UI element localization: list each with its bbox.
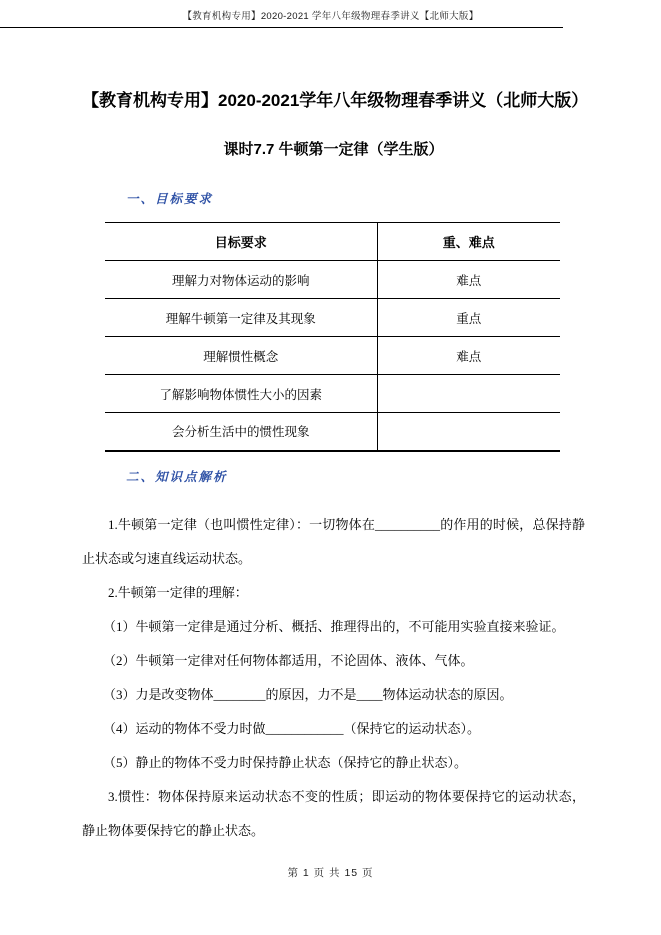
page-header: 【教育机构专用】2020-2021 学年八年级物理春季讲义【北师大版】 [0,0,661,22]
paragraph-point-3: （3）力是改变物体________的原因，力不是____物体运动状态的原因。 [82,678,585,712]
paragraph-understanding: 2.牛顿第一定律的理解： [82,576,585,610]
table-row: 会分析生活中的惯性现象 [105,413,560,451]
paragraph-point-1: （1）牛顿第一定律是通过分析、概括、推理得出的，不可能用实验直接来验证。 [82,610,585,644]
table-row: 理解力对物体运动的影响 难点 [105,261,560,299]
table-header-keypoint: 重、难点 [377,223,560,261]
paragraph-point-5: （5）静止的物体不受力时保持静止状态（保持它的静止状态）。 [82,746,585,780]
table-row: 理解惯性概念 难点 [105,337,560,375]
goals-table: 目标要求 重、难点 理解力对物体运动的影响 难点 理解牛顿第一定律及其现象 重点… [105,222,560,452]
table-cell-keypoint: 难点 [377,337,560,375]
document-title: 【教育机构专用】2020-2021学年八年级物理春季讲义（北师大版） [82,86,585,111]
table-cell-goal: 理解牛顿第一定律及其现象 [105,299,377,337]
paragraph-point-2: （2）牛顿第一定律对任何物体都适用，不论固体、液体、气体。 [82,644,585,678]
table-row: 理解牛顿第一定律及其现象 重点 [105,299,560,337]
knowledge-section-text: 1.牛顿第一定律（也叫惯性定律）：一切物体在__________的作用的时候，总… [82,508,585,848]
table-cell-keypoint [377,375,560,413]
table-cell-keypoint [377,413,560,451]
section-heading-knowledge: 二、知识点解析 [126,467,585,485]
table-row: 了解影响物体惯性大小的因素 [105,375,560,413]
document-page: 【教育机构专用】2020-2021 学年八年级物理春季讲义【北师大版】 【教育机… [0,0,661,935]
table-cell-goal: 会分析生活中的惯性现象 [105,413,377,451]
table-cell-keypoint: 难点 [377,261,560,299]
paragraph-newton-law: 1.牛顿第一定律（也叫惯性定律）：一切物体在__________的作用的时候，总… [82,508,585,576]
document-body: 【教育机构专用】2020-2021学年八年级物理春季讲义（北师大版） 课时7.7… [0,86,661,848]
paragraph-inertia: 3.惯性：物体保持原来运动状态不变的性质；即运动的物体要保持它的运动状态，静止物… [82,780,585,848]
table-header-goal: 目标要求 [105,223,377,261]
page-number-footer: 第 1 页 共 15 页 [0,865,661,880]
paragraph-point-4: （4）运动的物体不受力时做____________（保持它的运动状态）。 [82,712,585,746]
header-divider [0,27,563,28]
table-cell-goal: 理解惯性概念 [105,337,377,375]
table-cell-goal: 了解影响物体惯性大小的因素 [105,375,377,413]
document-subtitle: 课时7.7 牛顿第一定律（学生版） [82,138,585,159]
table-header-row: 目标要求 重、难点 [105,223,560,261]
section-heading-goals: 一、目标要求 [126,189,585,207]
table-cell-keypoint: 重点 [377,299,560,337]
table-cell-goal: 理解力对物体运动的影响 [105,261,377,299]
